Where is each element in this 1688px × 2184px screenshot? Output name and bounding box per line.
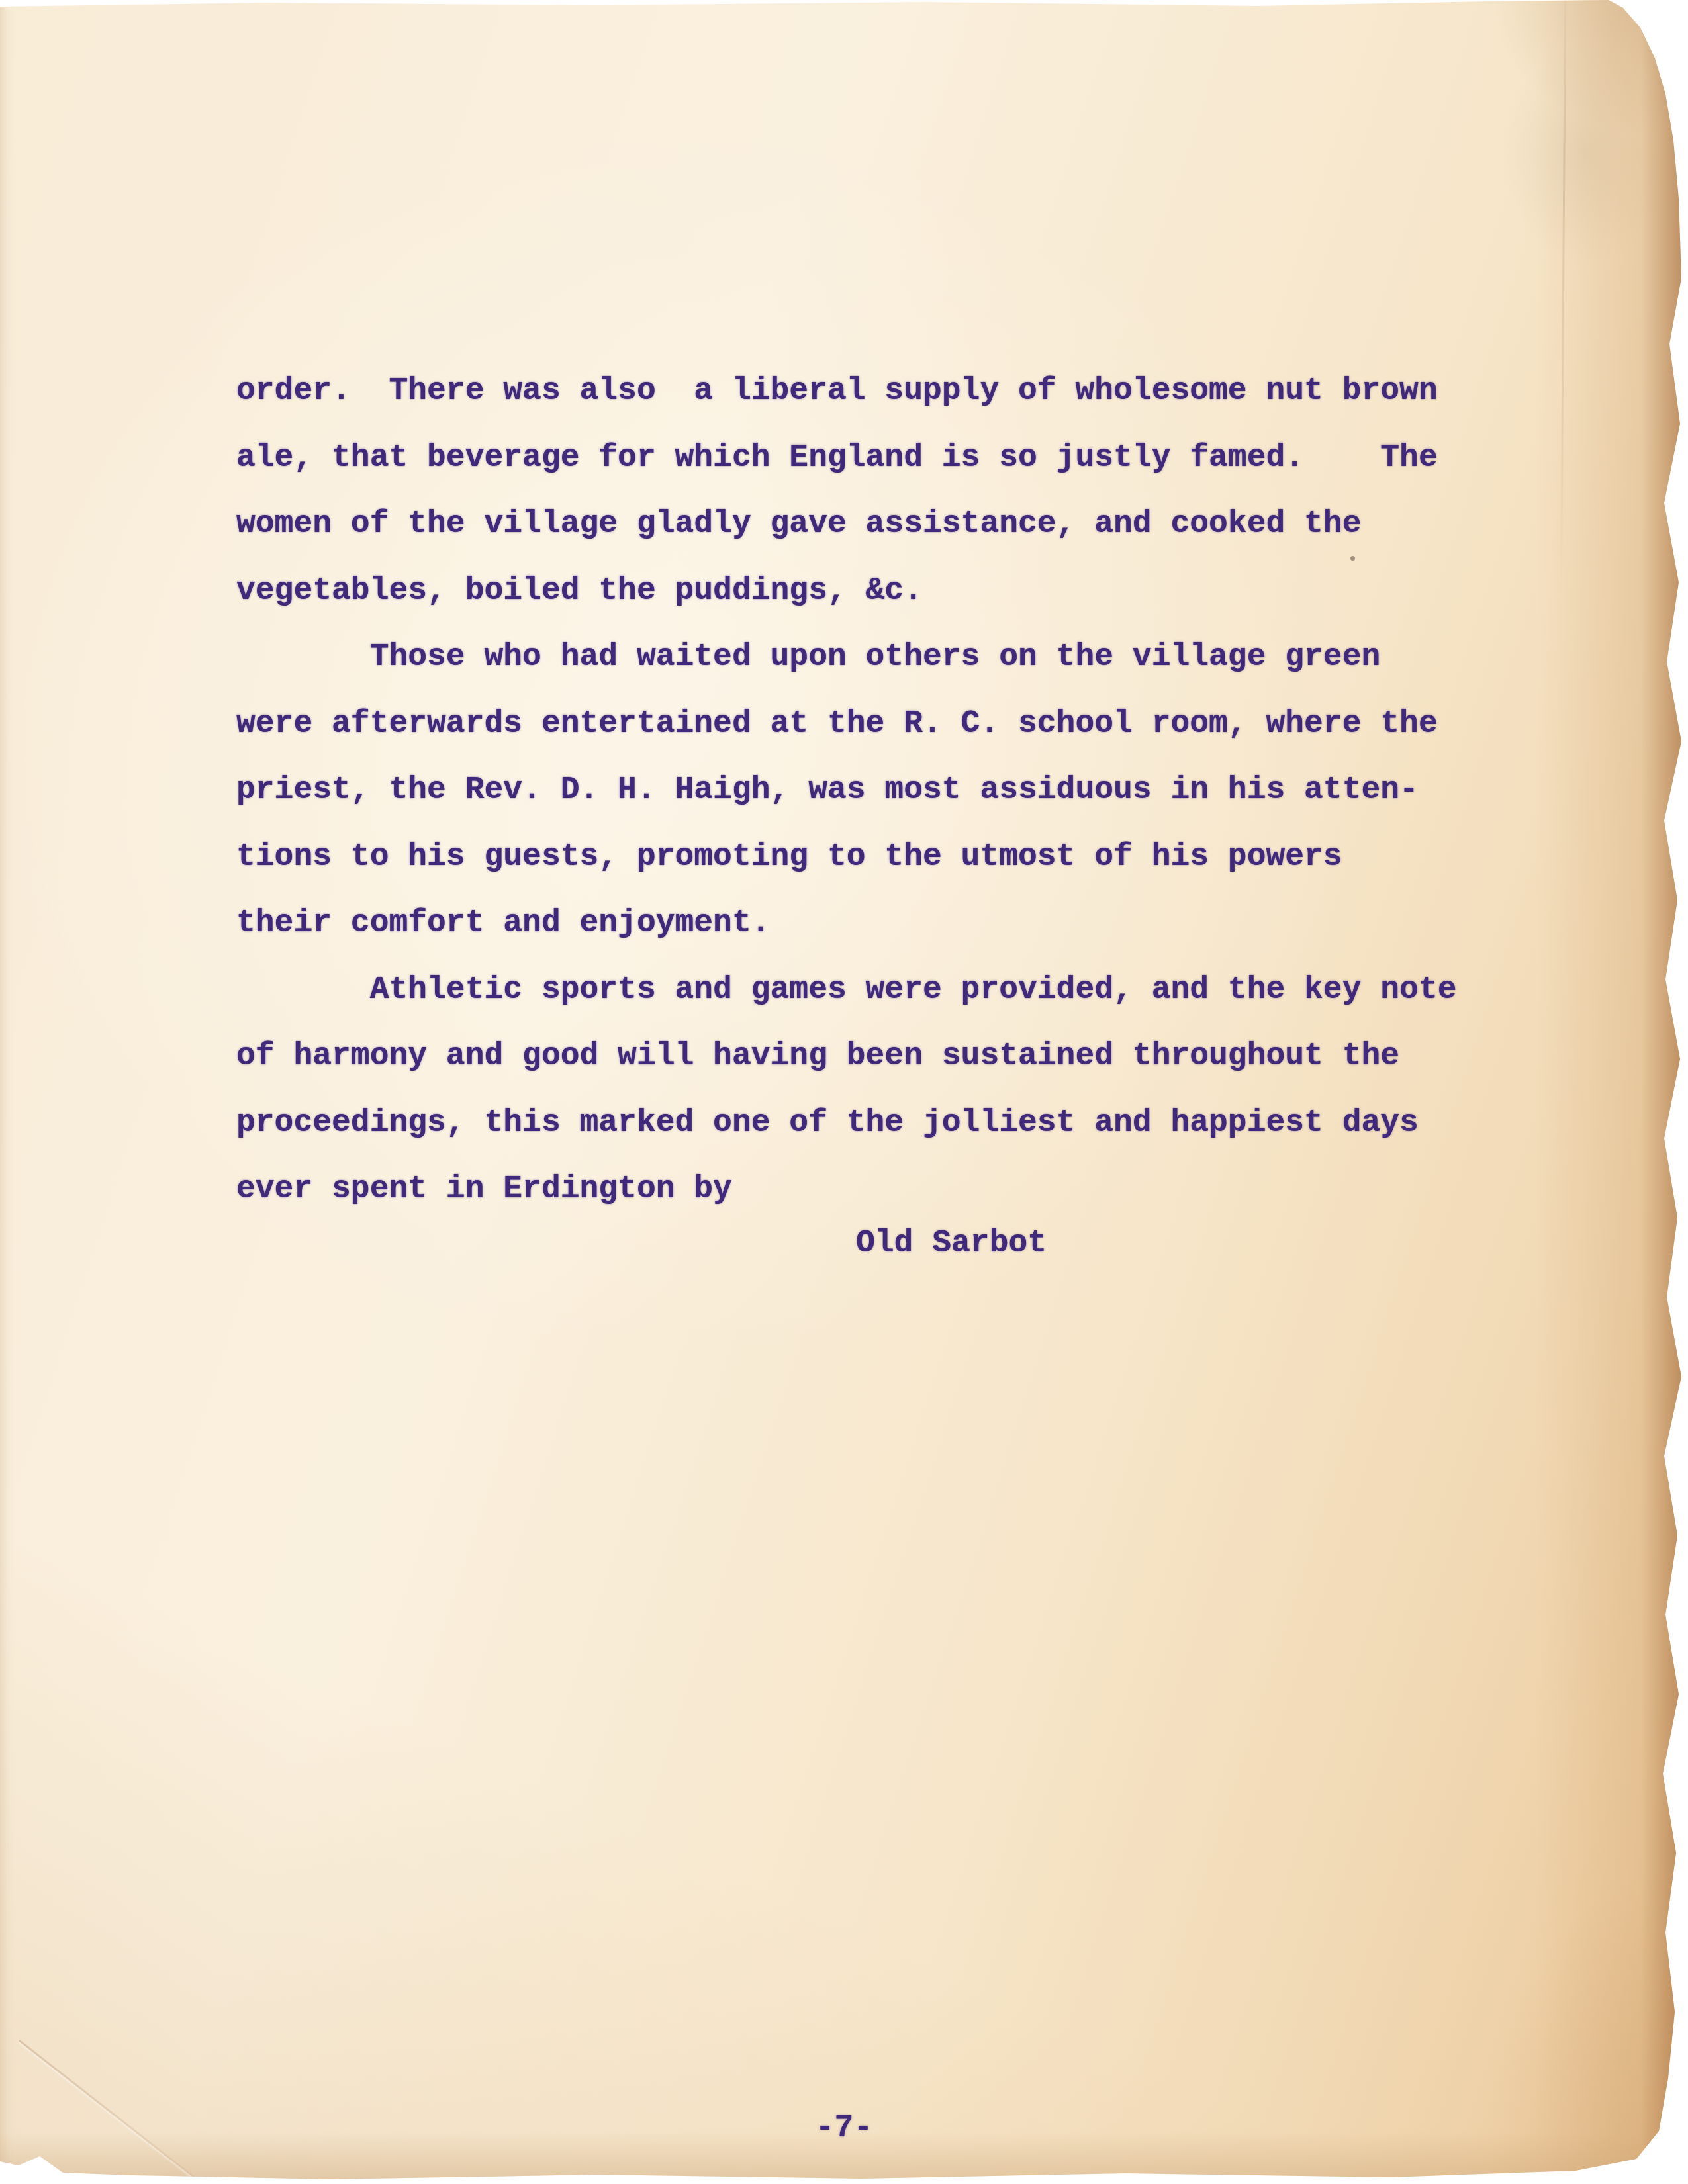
typed-line: ale, that beverage for which England is … xyxy=(236,425,1547,492)
typed-line: Athletic sports and games were provided,… xyxy=(236,957,1547,1024)
crease-vertical-mark xyxy=(1560,0,1566,596)
signature-line: Old Sarbot xyxy=(856,1210,1047,1277)
typed-line: proceedings, this marked one of the joll… xyxy=(236,1090,1547,1157)
typed-line: their comfort and enjoyment. xyxy=(236,890,1547,957)
typed-line: of harmony and good will having been sus… xyxy=(236,1023,1547,1090)
typed-line: vegetables, boiled the puddings, &c. xyxy=(236,558,1547,625)
typed-line: priest, the Rev. D. H. Haigh, was most a… xyxy=(236,757,1547,824)
typed-text-block: order. There was also a liberal supply o… xyxy=(236,358,1547,1223)
typed-line: tions to his guests, promoting to the ut… xyxy=(236,824,1547,891)
typed-line: order. There was also a liberal supply o… xyxy=(236,358,1547,425)
page-number: -7- xyxy=(0,2095,1688,2162)
typed-line: Those who had waited upon others on the … xyxy=(236,624,1547,691)
typed-line: were afterwards entertained at the R. C.… xyxy=(236,691,1547,758)
paper-sheet: order. There was also a liberal supply o… xyxy=(0,0,1688,2184)
typed-line: women of the village gladly gave assista… xyxy=(236,491,1547,558)
